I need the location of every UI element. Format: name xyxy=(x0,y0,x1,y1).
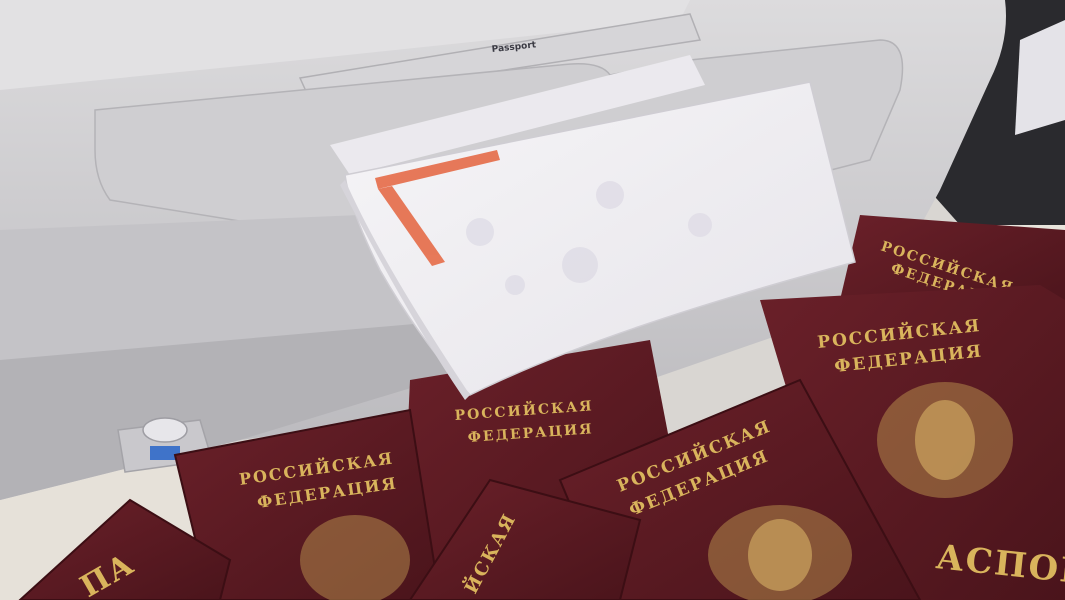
coat-of-arms-icon xyxy=(877,382,1013,498)
photo-scene: Passport РОССИЙСКАЯ ФЕДЕРАЦИЯ РОССИЙСКАЯ… xyxy=(0,0,1065,600)
power-button-icon xyxy=(143,418,187,442)
